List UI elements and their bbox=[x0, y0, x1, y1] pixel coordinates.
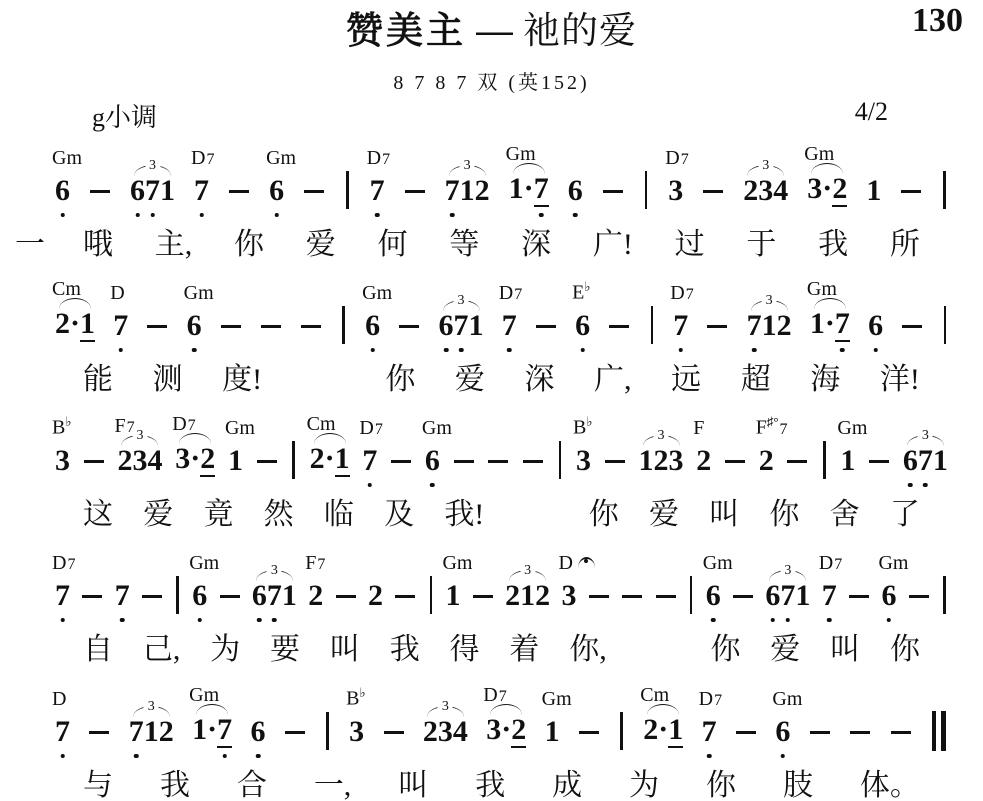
note-cell: Gm6 bbox=[775, 715, 790, 761]
barline bbox=[176, 576, 179, 614]
chord-label: D bbox=[559, 553, 595, 573]
note-cell: 2 bbox=[475, 174, 490, 220]
key-signature: g小调 bbox=[92, 97, 157, 134]
note-cell: 2 bbox=[117, 444, 132, 490]
note-cell: 7 bbox=[918, 444, 933, 490]
note-digit: 1 bbox=[520, 579, 535, 612]
duration-dash bbox=[261, 325, 281, 328]
note-cell: 4 bbox=[147, 444, 162, 490]
slur-group: Gm1·7 bbox=[509, 172, 549, 220]
low-octave-dot bbox=[752, 348, 757, 353]
duration-dash bbox=[849, 595, 869, 598]
tuplet-group: 3234 bbox=[743, 174, 788, 220]
chord-label: D bbox=[110, 283, 124, 303]
hymn-title: 赞美主—祂的爱 bbox=[0, 8, 983, 54]
chord-label: Gm bbox=[422, 418, 452, 438]
note-cell: 1 bbox=[810, 307, 825, 355]
note-cell: 6 bbox=[439, 309, 454, 355]
tuplet-group: 3671 bbox=[903, 444, 948, 490]
duration-dash bbox=[901, 190, 921, 193]
note-digit: 7 bbox=[702, 715, 717, 748]
lyric-syllable: 我 bbox=[818, 226, 848, 264]
tuplet-number: 3 bbox=[758, 159, 773, 173]
duration-dash bbox=[579, 731, 599, 734]
note-digit: 3 bbox=[668, 174, 683, 207]
lyric-syllable: 爱 bbox=[649, 496, 679, 534]
lyric-syllable: 为 bbox=[629, 767, 659, 801]
note-cell: Gm1 bbox=[840, 444, 855, 490]
note-digit: 1 bbox=[810, 307, 825, 340]
augmentation-dot: · bbox=[524, 172, 534, 205]
tuplet-group: 3212 bbox=[505, 579, 550, 625]
note-digit: 2 bbox=[368, 579, 383, 612]
note-digit: 1 bbox=[933, 444, 948, 477]
note-digit: 1 bbox=[192, 713, 207, 746]
chord-label: Gm bbox=[878, 553, 908, 573]
note-digit: 3 bbox=[175, 442, 190, 475]
note-cell: 3 bbox=[132, 444, 147, 490]
augmentation-dot: · bbox=[70, 307, 80, 340]
slur-group: Cm2·1 bbox=[643, 713, 683, 761]
duration-dash bbox=[488, 460, 508, 463]
low-octave-dot bbox=[786, 618, 791, 623]
hymn-title-separator: — bbox=[476, 10, 513, 51]
lyric-syllable: 你 bbox=[710, 631, 740, 669]
duration-dash bbox=[523, 460, 543, 463]
note-cell: 7 bbox=[747, 309, 762, 355]
note-cell: Gm6 bbox=[187, 309, 202, 355]
duration-dash bbox=[384, 731, 404, 734]
note-cell: 7 bbox=[445, 174, 460, 220]
note-digit: 1 bbox=[144, 715, 159, 748]
lyric-syllable: 你, bbox=[569, 631, 607, 669]
chord-label: D7 bbox=[172, 414, 195, 434]
low-octave-dot bbox=[60, 618, 65, 623]
notation-row-2: Cm2·1D7Gm6Gm63671D77E♭6D773712Gm1·76 bbox=[55, 273, 948, 355]
tuplet-number: 3 bbox=[460, 159, 475, 173]
note-digit: 1 bbox=[469, 309, 484, 342]
meta-row: g小调 4/2 bbox=[0, 97, 983, 134]
tuplet-number: 3 bbox=[780, 564, 795, 578]
chord-label: D7 bbox=[359, 418, 382, 438]
tuplet-number: 3 bbox=[132, 429, 147, 443]
note-cell: D77 bbox=[55, 579, 70, 625]
barline bbox=[943, 171, 946, 209]
chord-label: D7 bbox=[699, 689, 722, 709]
note-cell: B♭3 bbox=[349, 715, 364, 761]
note-cell: Gm1 bbox=[445, 579, 460, 625]
augmentation-dot-cell: · bbox=[325, 442, 335, 490]
tuplet-number: 3 bbox=[520, 564, 535, 578]
lyric-syllable: 叫 bbox=[398, 767, 428, 801]
augmentation-dot-cell: · bbox=[822, 172, 832, 220]
note-cell: Gm1 bbox=[228, 444, 243, 490]
note-digit: 7 bbox=[267, 579, 282, 612]
duration-dash bbox=[733, 595, 753, 598]
augmentation-dot-cell: · bbox=[70, 307, 80, 355]
chord-label: Cm bbox=[52, 279, 81, 299]
note-digit: 2 bbox=[55, 307, 70, 340]
chord-label: B♭ bbox=[52, 415, 71, 438]
lyric-syllable: 着 bbox=[509, 631, 539, 669]
note-cell: 1 bbox=[639, 444, 654, 490]
note-digit: 7 bbox=[115, 579, 130, 612]
barline bbox=[620, 712, 623, 750]
note-cell: D7 bbox=[113, 309, 128, 355]
note-digit: 7 bbox=[534, 172, 549, 207]
system-5: D73712Gm1·76B♭33234D73·2Gm1Cm2·1D77Gm6与我… bbox=[0, 678, 983, 801]
barline bbox=[430, 576, 433, 614]
low-octave-dot bbox=[679, 348, 684, 353]
note-digit: 7 bbox=[835, 307, 850, 342]
note-digit: 7 bbox=[55, 579, 70, 612]
lyrics-row-3: 这爱竟然临及我!你爱叫你舍了 bbox=[55, 496, 948, 534]
slur-group: Gm3·2 bbox=[807, 172, 847, 220]
duration-dash bbox=[536, 325, 556, 328]
note-cell: 7 bbox=[115, 579, 130, 625]
slur-group: D73·2 bbox=[175, 442, 215, 490]
lyric-syllable: 你 bbox=[385, 361, 415, 399]
low-octave-dot bbox=[873, 348, 878, 353]
note-cell: 7 bbox=[835, 307, 850, 355]
augmentation-dot: · bbox=[658, 713, 668, 746]
note-cell: Gm6 bbox=[881, 579, 896, 625]
low-octave-dot bbox=[908, 483, 913, 488]
chord-label: F7 bbox=[114, 416, 134, 436]
note-digit: 2 bbox=[159, 715, 174, 748]
note-digit: 1 bbox=[840, 444, 855, 477]
note-cell: D77 bbox=[822, 579, 837, 625]
note-cell: 1 bbox=[795, 579, 810, 625]
lyric-syllable: 然 bbox=[264, 496, 294, 534]
note-cell: 2 bbox=[423, 715, 438, 761]
note-cell: 1 bbox=[866, 174, 881, 220]
note-digit: 1 bbox=[160, 174, 175, 207]
lyric-syllable: 得 bbox=[450, 631, 480, 669]
low-octave-dot bbox=[134, 754, 139, 759]
notation-row-4: D777Gm63671F722Gm13212D3Gm63671D77Gm6 bbox=[55, 543, 948, 625]
lyric-syllable: 体。 bbox=[860, 767, 920, 801]
note-cell: 2 bbox=[535, 579, 550, 625]
time-signature: 4/2 bbox=[855, 97, 888, 134]
low-octave-dot bbox=[444, 348, 449, 353]
note-cell: 6 bbox=[130, 174, 145, 220]
note-cell: 7 bbox=[267, 579, 282, 625]
chord-label: Gm bbox=[837, 418, 867, 438]
note-digit: 2 bbox=[643, 713, 658, 746]
lyric-syllable: 你 bbox=[706, 767, 736, 801]
lyric-syllable: 舍 bbox=[830, 496, 860, 534]
duration-dash bbox=[622, 595, 642, 598]
note-digit: 6 bbox=[187, 309, 202, 342]
tuplet-group: 3671 bbox=[765, 579, 810, 625]
chord-label: Gm bbox=[506, 144, 536, 164]
note-digit: 6 bbox=[575, 309, 590, 342]
tuplet-number: 3 bbox=[454, 294, 469, 308]
verse-number: 一 bbox=[15, 226, 45, 264]
note-cell: 2 bbox=[743, 174, 758, 220]
lyric-syllable: 叫 bbox=[709, 496, 739, 534]
note-digit: 3 bbox=[132, 444, 147, 477]
lyric-syllable: 测 bbox=[153, 361, 183, 399]
note-digit: 6 bbox=[439, 309, 454, 342]
duration-dash bbox=[391, 460, 411, 463]
duration-dash bbox=[336, 595, 356, 598]
score: Gm63671D77Gm6D773712Gm1·76D733234Gm3·21一… bbox=[0, 134, 983, 801]
barline bbox=[651, 306, 654, 344]
note-cell: Gm6 bbox=[269, 174, 284, 220]
note-cell: D73 bbox=[668, 174, 683, 220]
note-cell: 1 bbox=[509, 172, 524, 220]
system-1: Gm63671D77Gm6D773712Gm1·76D733234Gm3·21一… bbox=[0, 138, 983, 264]
notation-row-3: B♭3F73234D73·2Gm1Cm2·1D77Gm6B♭33123F2F♯°… bbox=[55, 408, 948, 490]
tuplet-group: 3123 bbox=[639, 444, 684, 490]
lyric-syllable: 爱 bbox=[306, 226, 336, 264]
augmentation-dot-cell: · bbox=[825, 307, 835, 355]
note-cell: 1 bbox=[520, 579, 535, 625]
augmentation-dot-cell: · bbox=[207, 713, 217, 761]
note-cell: D77 bbox=[702, 715, 717, 761]
note-digit: 7 bbox=[822, 579, 837, 612]
note-digit: 3 bbox=[438, 715, 453, 748]
chord-label: F7 bbox=[305, 553, 325, 573]
chord-label: D7 bbox=[819, 553, 842, 573]
tuplet-number: 3 bbox=[654, 429, 669, 443]
note-digit: 6 bbox=[252, 579, 267, 612]
chord-label: D7 bbox=[665, 148, 688, 168]
chord-label: Gm bbox=[807, 279, 837, 299]
note-cell: 2 bbox=[310, 442, 325, 490]
note-digit: 1 bbox=[509, 172, 524, 205]
note-digit: 7 bbox=[454, 309, 469, 342]
chord-label: Gm bbox=[442, 553, 472, 573]
duration-dash bbox=[89, 731, 109, 734]
note-cell: 4 bbox=[453, 715, 468, 761]
slur-group: Cm2·1 bbox=[310, 442, 350, 490]
lyric-syllable: 你 bbox=[769, 496, 799, 534]
augmentation-dot-cell: · bbox=[524, 172, 534, 220]
low-octave-dot bbox=[539, 213, 544, 218]
system-2: Cm2·1D7Gm6Gm63671D77E♭6D773712Gm1·76能测度!… bbox=[0, 273, 983, 399]
note-digit: 1 bbox=[866, 174, 881, 207]
lyrics-row-5: 与我合一,叫我成为你肢体。 bbox=[55, 767, 948, 801]
augmentation-dot: · bbox=[207, 713, 217, 746]
note-digit: 3 bbox=[486, 713, 501, 746]
note-cell: 1 bbox=[668, 713, 683, 761]
note-digit: 6 bbox=[192, 579, 207, 612]
note-cell: D7 bbox=[55, 715, 70, 761]
note-cell: 1 bbox=[469, 309, 484, 355]
duration-dash bbox=[301, 325, 321, 328]
note-cell: 6 bbox=[251, 715, 266, 761]
notation-row-1: Gm63671D77Gm6D773712Gm1·76D733234Gm3·21 bbox=[55, 138, 948, 220]
tuplet-number: 3 bbox=[144, 700, 159, 714]
chord-label: D7 bbox=[52, 553, 75, 573]
low-octave-dot bbox=[199, 213, 204, 218]
note-digit: 1 bbox=[762, 309, 777, 342]
lyric-syllable: 深 bbox=[521, 226, 551, 264]
tuplet-group: 3712 bbox=[129, 715, 174, 761]
note-digit: 6 bbox=[706, 579, 721, 612]
note-digit: 6 bbox=[903, 444, 918, 477]
note-digit: 3 bbox=[807, 172, 822, 205]
note-digit: 2 bbox=[308, 579, 323, 612]
low-octave-dot bbox=[368, 483, 373, 488]
note-cell: 6 bbox=[868, 309, 883, 355]
tuplet-number: 3 bbox=[762, 294, 777, 308]
low-octave-dot bbox=[257, 618, 262, 623]
lyric-syllable: 爱 bbox=[455, 361, 485, 399]
duration-dash bbox=[656, 595, 676, 598]
note-cell: 3 bbox=[438, 715, 453, 761]
note-cell: 7 bbox=[780, 579, 795, 625]
note-cell: 2 bbox=[505, 579, 520, 625]
notation-row-5: D73712Gm1·76B♭33234D73·2Gm1Cm2·1D77Gm6 bbox=[55, 678, 948, 761]
barline bbox=[690, 576, 693, 614]
note-digit: 2 bbox=[511, 713, 526, 748]
note-digit: 2 bbox=[743, 174, 758, 207]
tuplet-number: 3 bbox=[438, 700, 453, 714]
chord-label: Gm bbox=[225, 418, 255, 438]
note-digit: 1 bbox=[668, 713, 683, 748]
duration-dash bbox=[787, 460, 807, 463]
lyric-syllable: 与 bbox=[83, 767, 113, 801]
augmentation-dot: · bbox=[501, 713, 511, 746]
note-cell: 4 bbox=[773, 174, 788, 220]
note-cell: 7 bbox=[145, 174, 160, 220]
lyric-syllable: 这 bbox=[83, 496, 113, 534]
note-cell: 2 bbox=[511, 713, 526, 761]
low-octave-dot bbox=[222, 754, 227, 759]
note-cell: 2 bbox=[654, 444, 669, 490]
lyric-syllable: 爱 bbox=[770, 631, 800, 669]
note-digit: 7 bbox=[502, 309, 517, 342]
fermata-icon bbox=[578, 557, 595, 568]
low-octave-dot bbox=[256, 754, 261, 759]
augmentation-dot: · bbox=[325, 442, 335, 475]
lyric-syllable: 深 bbox=[524, 361, 554, 399]
barline bbox=[346, 171, 349, 209]
duration-dash bbox=[869, 460, 889, 463]
note-digit: 1 bbox=[228, 444, 243, 477]
slur-group: Gm1·7 bbox=[810, 307, 850, 355]
note-digit: 6 bbox=[881, 579, 896, 612]
duration-dash bbox=[454, 460, 474, 463]
chord-label: B♭ bbox=[346, 686, 365, 709]
note-digit: 3 bbox=[758, 174, 773, 207]
duration-dash bbox=[707, 325, 727, 328]
duration-dash bbox=[902, 325, 922, 328]
system-4: D777Gm63671F722Gm13212D3Gm63671D77Gm6自己,… bbox=[0, 543, 983, 669]
note-digit: 7 bbox=[145, 174, 160, 207]
note-digit: 6 bbox=[365, 309, 380, 342]
duration-dash bbox=[725, 460, 745, 463]
chord-label: Gm bbox=[804, 144, 834, 164]
note-cell: 1 bbox=[460, 174, 475, 220]
duration-dash bbox=[304, 190, 324, 193]
note-digit: 7 bbox=[194, 174, 209, 207]
barline bbox=[823, 441, 826, 479]
note-cell: 1 bbox=[933, 444, 948, 490]
duration-dash bbox=[220, 595, 240, 598]
note-digit: 1 bbox=[282, 579, 297, 612]
duration-dash bbox=[703, 190, 723, 193]
low-octave-dot bbox=[711, 618, 716, 623]
duration-dash bbox=[909, 595, 929, 598]
note-digit: 6 bbox=[568, 174, 583, 207]
lyric-syllable: 叫 bbox=[830, 631, 860, 669]
note-digit: 3 bbox=[55, 444, 70, 477]
lyric-syllable: 洋! bbox=[880, 361, 920, 399]
lyric-syllable: 过 bbox=[675, 226, 705, 264]
lyric-syllable: 于 bbox=[746, 226, 776, 264]
note-cell: E♭6 bbox=[575, 309, 590, 355]
note-cell: D77 bbox=[673, 309, 688, 355]
duration-dash bbox=[142, 595, 162, 598]
note-cell: D77 bbox=[194, 174, 209, 220]
note-cell: D3 bbox=[562, 579, 577, 625]
lyric-syllable: 超 bbox=[741, 361, 771, 399]
note-digit: 2 bbox=[535, 579, 550, 612]
low-octave-dot bbox=[459, 348, 464, 353]
low-octave-dot bbox=[118, 348, 123, 353]
lyric-syllable: 能 bbox=[83, 361, 113, 399]
hymn-number: 130 bbox=[912, 2, 963, 40]
lyric-syllable: 我 bbox=[390, 631, 420, 669]
note-digit: 2 bbox=[117, 444, 132, 477]
note-cell: 1 bbox=[335, 442, 350, 490]
lyric-syllable: 了 bbox=[890, 496, 920, 534]
duration-dash bbox=[605, 460, 625, 463]
note-digit: 2 bbox=[832, 172, 847, 207]
low-octave-dot bbox=[375, 213, 380, 218]
lyrics-row-4: 自己,为要叫我得着你,你爱叫你 bbox=[55, 631, 948, 669]
chord-label: D7 bbox=[670, 283, 693, 303]
note-cell: D77 bbox=[362, 444, 377, 490]
note-cell: 6 bbox=[252, 579, 267, 625]
note-digit: 1 bbox=[639, 444, 654, 477]
chord-label: F♯°7 bbox=[756, 415, 788, 438]
augmentation-dot: · bbox=[825, 307, 835, 340]
note-digit: 7 bbox=[362, 444, 377, 477]
low-octave-dot bbox=[450, 213, 455, 218]
note-cell: 3 bbox=[758, 174, 773, 220]
note-cell: 2 bbox=[159, 715, 174, 761]
chord-label: Gm bbox=[703, 553, 733, 573]
tuplet-number: 3 bbox=[918, 429, 933, 443]
note-digit: 7 bbox=[55, 715, 70, 748]
note-digit: 1 bbox=[80, 307, 95, 342]
low-octave-dot bbox=[430, 483, 435, 488]
duration-dash bbox=[810, 731, 830, 734]
tuplet-group: 3671 bbox=[252, 579, 297, 625]
note-cell: Gm6 bbox=[365, 309, 380, 355]
duration-dash bbox=[891, 731, 911, 734]
note-cell: 2 bbox=[777, 309, 792, 355]
lyric-syllable: 为 bbox=[210, 631, 240, 669]
note-digit: 2 bbox=[423, 715, 438, 748]
note-cell: 1 bbox=[80, 307, 95, 355]
lyric-syllable: 己, bbox=[143, 631, 181, 669]
note-cell: 2 bbox=[55, 307, 70, 355]
lyric-syllable: 你 bbox=[234, 226, 264, 264]
note-cell: Gm6 bbox=[55, 174, 70, 220]
duration-dash bbox=[405, 190, 425, 193]
duration-dash bbox=[399, 325, 419, 328]
note-digit: 7 bbox=[673, 309, 688, 342]
note-digit: 6 bbox=[868, 309, 883, 342]
note-digit: 4 bbox=[773, 174, 788, 207]
